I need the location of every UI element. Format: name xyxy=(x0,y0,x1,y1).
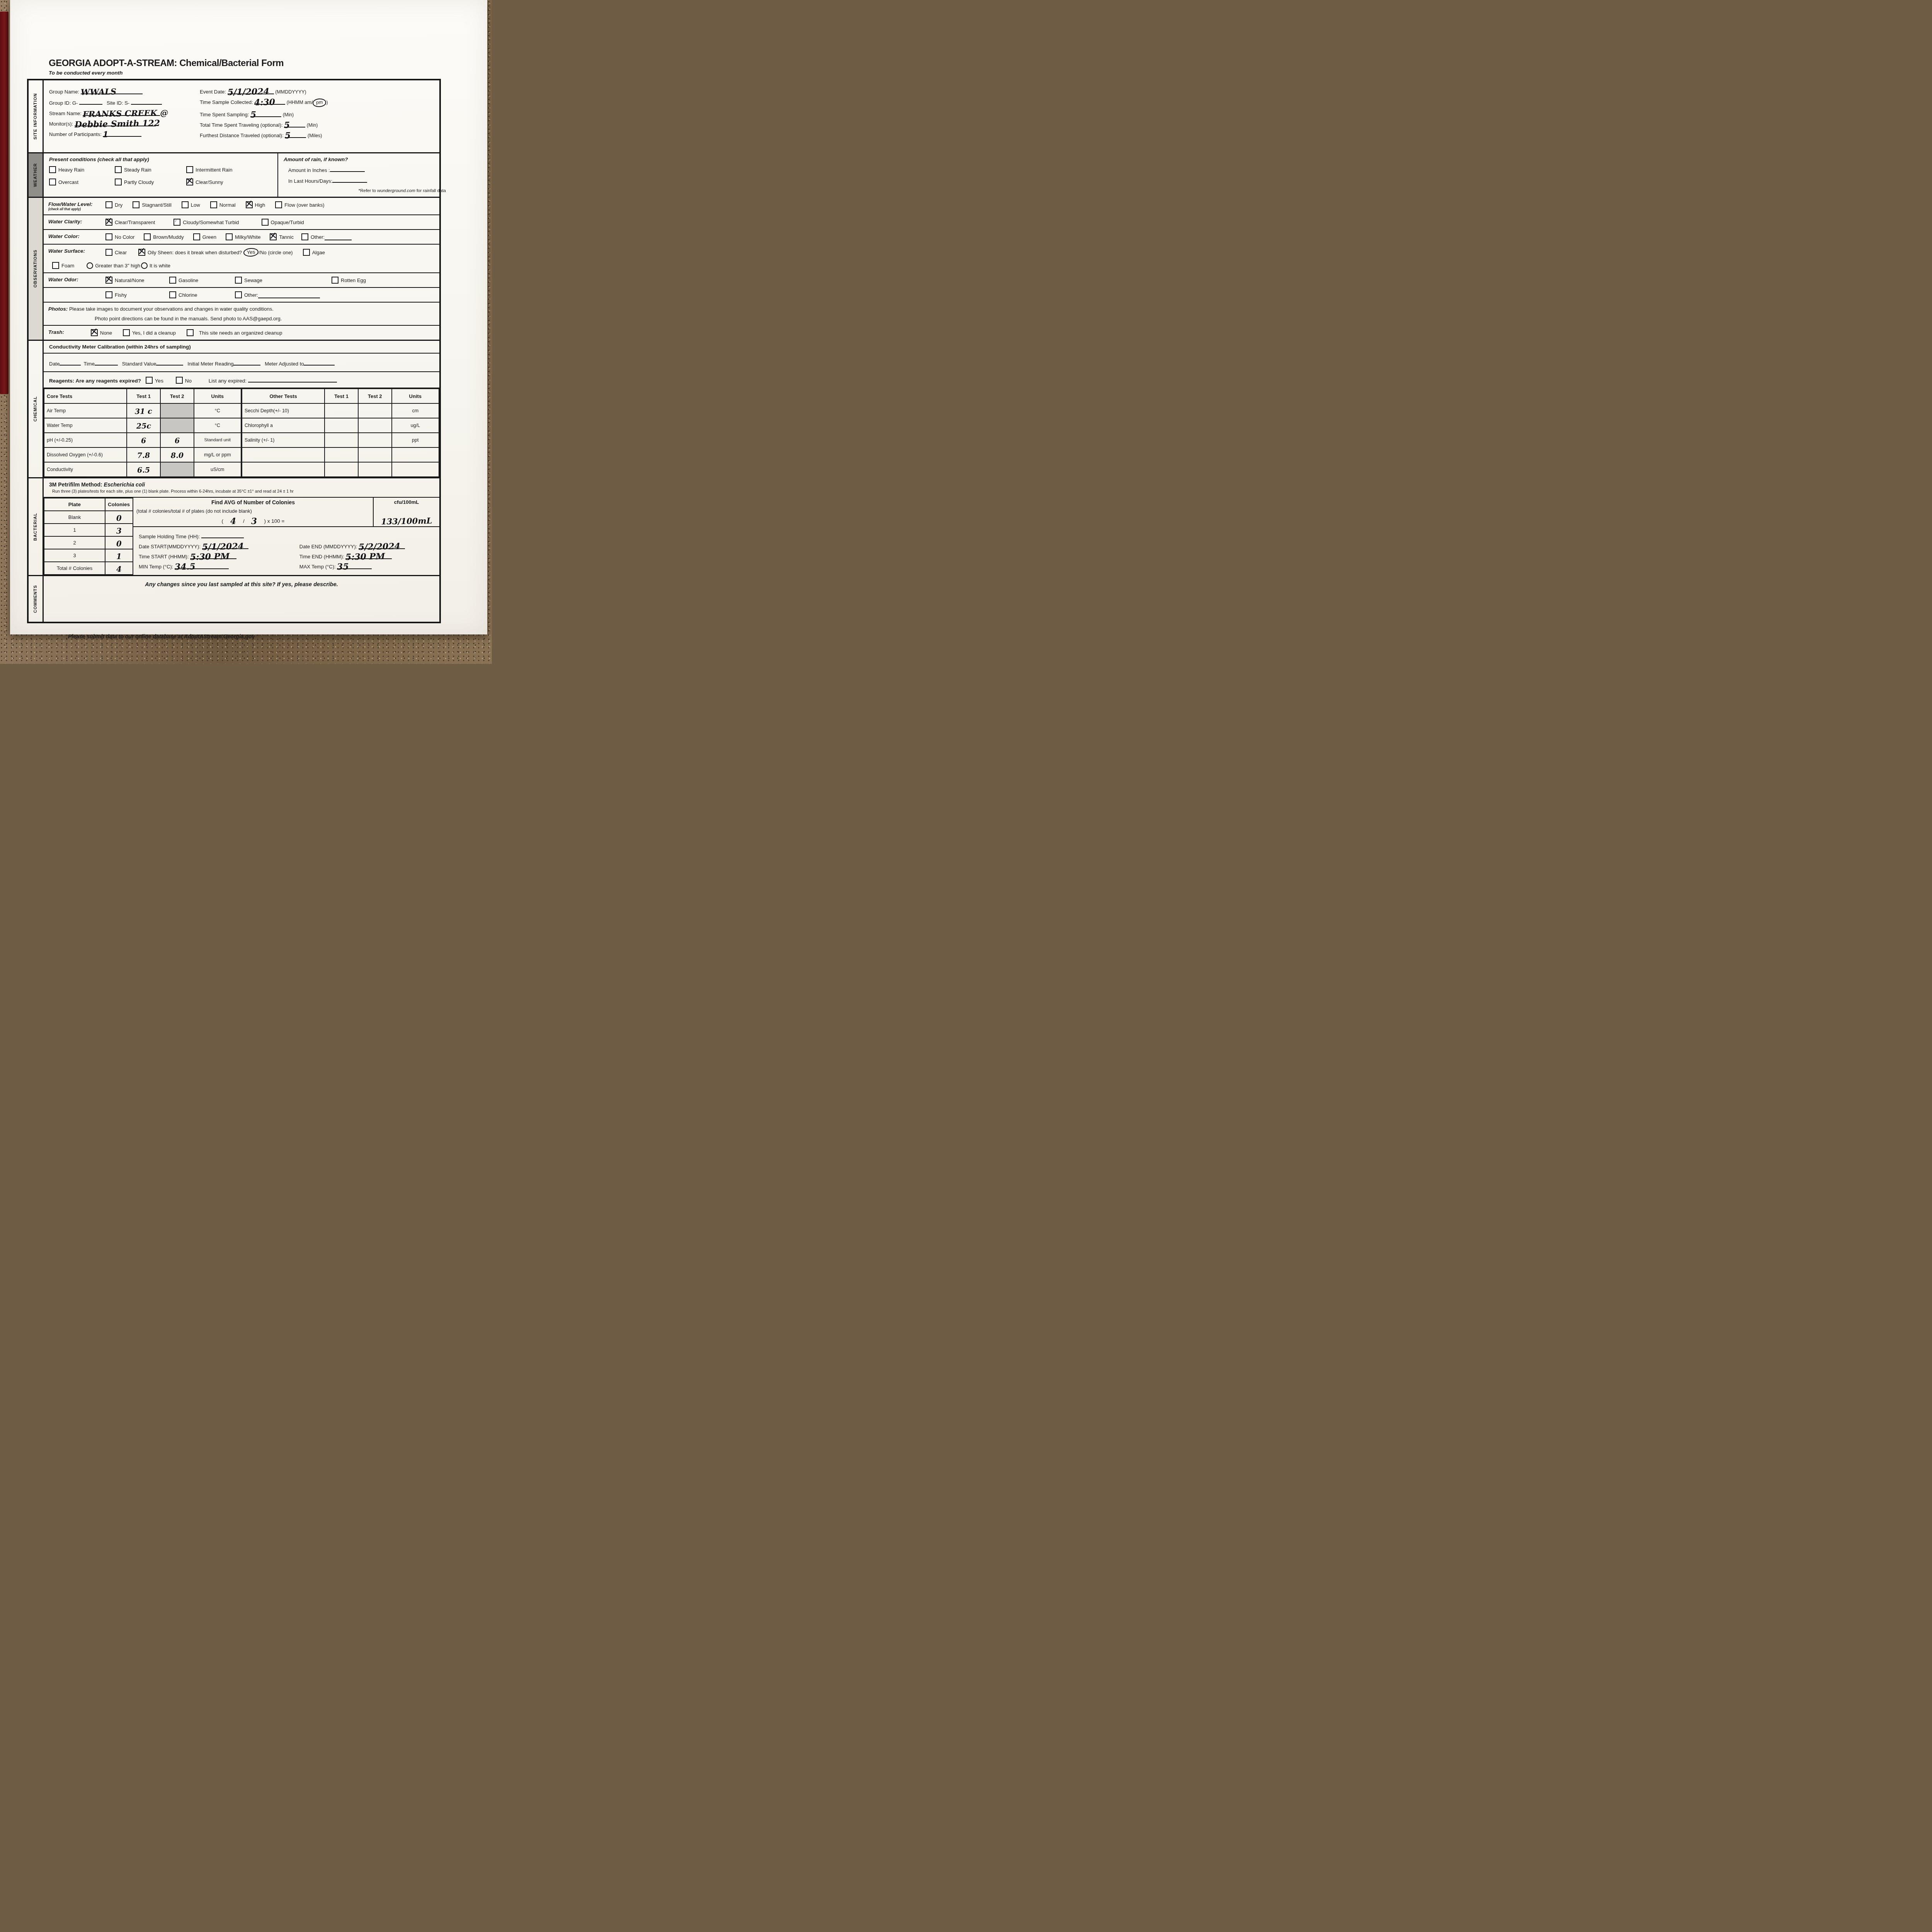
organized-cleanup-checkbox[interactable] xyxy=(187,329,194,336)
reagents-yes-label: Yes xyxy=(155,378,163,384)
foam-greater-option: Greater than 3" high xyxy=(86,262,140,269)
odor-label: Water Odor: xyxy=(48,277,105,282)
surface-row: Water Surface: Clear Oily Sheen: does it… xyxy=(44,244,439,272)
odor-other-checkbox[interactable] xyxy=(235,291,242,298)
table-row: Conductivity 6.5 uS/cm xyxy=(44,462,241,477)
max-temp-row: MAX Temp (°C): 35 xyxy=(299,563,436,570)
avg-formula: ( 4 / 3 ) x 100 = xyxy=(133,515,374,526)
trash-option-cleanup: Yes, I did a cleanup xyxy=(123,329,176,336)
date-end-input[interactable]: 5/2/2024 xyxy=(359,543,405,549)
algae-checkbox[interactable] xyxy=(303,249,310,256)
water-temp-test2 xyxy=(160,418,194,433)
pm-circled: pm xyxy=(312,98,327,107)
did-cleanup-checkbox[interactable] xyxy=(123,329,130,336)
rotten-egg-checkbox[interactable] xyxy=(332,277,338,284)
page-title: GEORGIA ADOPT-A-STREAM: Chemical/Bacteri… xyxy=(49,58,487,69)
binder-edge xyxy=(0,12,9,394)
color-option-other: Other: xyxy=(301,233,352,240)
clarity-option-opaque: Opaque/Turbid xyxy=(262,219,304,226)
green-checkbox[interactable] xyxy=(193,233,200,240)
event-date-format: (MMDDYYYY) xyxy=(275,89,306,95)
normal-checkbox[interactable] xyxy=(210,201,217,208)
trash-row: Trash: None Yes, I did a cleanup This si… xyxy=(44,325,439,340)
odor-option-other: Other: xyxy=(235,291,436,298)
distance-label: Furthest Distance Traveled (optional): xyxy=(200,133,284,138)
color-option-brown: Brown/Muddy xyxy=(144,233,184,240)
time-sampling-unit: (Min) xyxy=(283,112,294,117)
weather-heading: Present conditions (check all that apply… xyxy=(49,156,275,162)
blank-colonies-cell[interactable]: 0 xyxy=(105,511,133,524)
time-sampling-row: Time Spent Sampling: 5 (Min) xyxy=(200,111,435,117)
sewage-checkbox[interactable] xyxy=(235,277,242,284)
travel-unit: (Min) xyxy=(307,122,318,128)
no-color-checkbox[interactable] xyxy=(105,233,112,240)
trash-label: Trash: xyxy=(48,329,91,335)
table-row: Blank 0 xyxy=(44,511,133,524)
table-row: 3 1 xyxy=(44,549,133,562)
table-row: Salinity (+/- 1) ppt xyxy=(242,433,439,447)
stream-name-row: Stream Name: FRANKS CREEK @ xyxy=(49,109,200,116)
odor-option-sewage: Sewage xyxy=(235,277,332,284)
event-date-label: Event Date: xyxy=(200,89,226,95)
air-temp-test2 xyxy=(160,403,194,418)
photos-line1: Please take images to document your obse… xyxy=(69,306,274,312)
time-sampling-value: 5 xyxy=(250,111,257,118)
avg-note: (total # colonies/total # of plates (do … xyxy=(133,507,374,515)
photos-row: Photos: Please take images to document y… xyxy=(44,302,439,325)
last-hours-row: In Last Hours/Days: xyxy=(288,176,446,184)
cloudy-turbid-checkbox[interactable] xyxy=(173,219,180,226)
flow-option-high: High xyxy=(246,201,265,208)
table-row: Water Temp 25c °C xyxy=(44,418,241,433)
weather-option-intermittent-rain: Intermittent Rain xyxy=(186,166,275,173)
section-label-bacterial: BACTERIAL xyxy=(29,478,44,575)
time-collected-value: 4:30 xyxy=(254,99,275,107)
group-id-input[interactable] xyxy=(79,98,102,105)
time-sampling-input[interactable]: 5 xyxy=(250,111,281,117)
group-name-row: Group Name: WWALS xyxy=(49,88,200,95)
over-banks-checkbox[interactable] xyxy=(275,201,282,208)
section-label-site-information: SITE INFORMATION xyxy=(29,80,44,152)
color-option-no-color: No Color xyxy=(105,233,134,240)
group-name-value: WWALS xyxy=(81,88,116,95)
monitors-value: Debbie Smith 122 xyxy=(75,120,160,128)
conductivity-test1[interactable]: 6.5 xyxy=(127,462,160,477)
site-id-input[interactable] xyxy=(131,98,162,105)
surface-option-clear: Clear xyxy=(105,249,127,256)
air-temp-test1[interactable]: 31 c xyxy=(127,403,160,418)
milky-white-checkbox[interactable] xyxy=(226,233,233,240)
rain-heading: Amount of rain, if known? xyxy=(284,156,446,162)
stream-name-value: FRANKS CREEK @ xyxy=(83,110,168,118)
distance-input[interactable]: 5 xyxy=(285,131,306,138)
clarity-label: Water Clarity: xyxy=(48,219,105,224)
distance-unit: (Miles) xyxy=(308,133,322,138)
color-other-input[interactable] xyxy=(325,234,352,240)
chlorine-checkbox[interactable] xyxy=(169,291,176,298)
fishy-checkbox[interactable] xyxy=(105,291,112,298)
amount-inches-row: Amount in Inches : xyxy=(288,165,446,173)
gasoline-checkbox[interactable] xyxy=(169,277,176,284)
plate2-colonies-cell[interactable]: 0 xyxy=(105,536,133,549)
odor-row2: Fishy Chlorine Other: xyxy=(44,287,439,302)
group-name-label: Group Name: xyxy=(49,89,79,95)
flow-label: Flow/Water Level:(check all that apply) xyxy=(48,201,105,211)
salinity-test1[interactable] xyxy=(325,433,358,447)
brown-muddy-checkbox[interactable] xyxy=(144,233,151,240)
high-checkbox[interactable] xyxy=(246,201,253,208)
weather-option-overcast: Overcast xyxy=(49,179,115,185)
time-end-row: Time END (HHMM): 5:30 PM xyxy=(299,553,436,560)
color-option-tannic: Tannic xyxy=(270,233,294,240)
odor-option-gasoline: Gasoline xyxy=(169,277,235,284)
reagents-yes-checkbox[interactable] xyxy=(146,377,153,384)
time-start-row: Time START (HHMM): 5:30 PM xyxy=(139,553,299,560)
trash-none-checkbox[interactable] xyxy=(91,329,98,336)
conductivity-test2 xyxy=(160,462,194,477)
salinity-test2[interactable] xyxy=(358,433,392,447)
odor-option-fishy: Fishy xyxy=(105,291,169,298)
section-label-weather: WEATHER xyxy=(29,153,44,197)
monitors-label: Monitor(s): xyxy=(49,121,73,127)
oily-sheen-checkbox[interactable] xyxy=(138,249,145,256)
event-date-row: Event Date: 5/1/2024 (MMDDYYYY) xyxy=(200,88,435,95)
odor-other-input[interactable] xyxy=(258,292,320,298)
weather-option-partly-cloudy: Partly Cloudy xyxy=(115,179,186,185)
odor-option-rotten-egg: Rotten Egg xyxy=(332,277,436,284)
rainfall-note: *Refer to wunderground.com for rainfall … xyxy=(284,189,446,193)
time-collected-row: Time Sample Collected: 4:30 (HHMM am/pm) xyxy=(200,98,435,107)
travel-row: Total Time Spent Traveling (optional): 5… xyxy=(200,121,435,128)
max-temp-input[interactable]: 35 xyxy=(337,563,372,569)
time-end-input[interactable]: 5:30 PM xyxy=(345,553,392,559)
heavy-rain-checkbox[interactable] xyxy=(49,166,56,173)
flow-option-dry: Dry xyxy=(105,201,122,208)
surface-label: Water Surface: xyxy=(48,248,105,254)
natural-none-checkbox[interactable] xyxy=(105,277,112,284)
reagents-no-label: No xyxy=(185,378,192,384)
partly-cloudy-checkbox[interactable] xyxy=(115,179,122,185)
desk-scene: GEORGIA ADOPT-A-STREAM: Chemical/Bacteri… xyxy=(0,0,492,664)
foam-greater-radio[interactable] xyxy=(87,262,93,269)
total-colonies-cell[interactable]: 4 xyxy=(105,562,133,575)
reagents-no-checkbox[interactable] xyxy=(176,377,183,384)
section-label-chemical: CHEMICAL xyxy=(29,341,44,477)
cal-adjusted-input[interactable] xyxy=(304,359,335,366)
flow-option-stagnant: Stagnant/Still xyxy=(133,201,172,208)
table-row xyxy=(242,447,439,462)
section-site-information: SITE INFORMATION Group Name: WWALS Group… xyxy=(29,80,439,152)
time-start-input[interactable]: 5:30 PM xyxy=(190,553,236,559)
amount-inches-input[interactable] xyxy=(330,165,365,172)
cfu-result: 133/100mL xyxy=(374,515,439,526)
date-start-row: Date START(MMDDYYYY): 5/1/2024 xyxy=(139,543,299,549)
odor-option-natural: Natural/None xyxy=(105,277,169,284)
reagents-list-label: List any expired: xyxy=(209,378,247,384)
group-name-input[interactable]: WWALS xyxy=(81,88,143,94)
tannic-checkbox[interactable] xyxy=(270,233,277,240)
low-checkbox[interactable] xyxy=(182,201,189,208)
reagents-row: Reagents: Are any reagents expired? Yes … xyxy=(44,372,439,388)
ph-test2[interactable]: 6 xyxy=(160,433,194,447)
table-row: 1 3 xyxy=(44,524,133,536)
time-sampling-label: Time Spent Sampling: xyxy=(200,112,249,117)
holding-time-input[interactable] xyxy=(201,532,244,538)
opaque-turbid-checkbox[interactable] xyxy=(262,219,269,226)
clarity-option-clear: Clear/Transparent xyxy=(105,219,155,226)
site-id-label: Site ID: S- xyxy=(107,100,129,106)
color-option-green: Green xyxy=(193,233,216,240)
participants-row: Number of Participants: 1 xyxy=(49,130,200,137)
trash-option-organized: This site needs an organized cleanup xyxy=(187,329,282,336)
do-test2[interactable]: 8.0 xyxy=(160,447,194,462)
plate3-colonies-cell[interactable]: 1 xyxy=(105,549,133,562)
trash-option-none: None xyxy=(91,329,112,336)
section-chemical: CHEMICAL Conductivity Meter Calibration … xyxy=(29,340,439,477)
yes-circled: Yes xyxy=(243,248,259,257)
section-label-observations: OBSERVATIONS xyxy=(29,198,44,340)
petrifilm-instructions: Run three (3) plates/tests for each site… xyxy=(44,488,439,497)
table-row: pH (+/-0.25) 6 6 Standard unit xyxy=(44,433,241,447)
ph-test1[interactable]: 6 xyxy=(127,433,160,447)
distance-value: 5 xyxy=(285,132,291,139)
color-other-checkbox[interactable] xyxy=(301,233,308,240)
stream-name-input[interactable]: FRANKS CREEK @ xyxy=(83,109,160,116)
date-start-input[interactable]: 5/1/2024 xyxy=(202,543,248,549)
reagents-list-input[interactable] xyxy=(248,376,337,383)
foam-checkbox[interactable] xyxy=(52,262,59,269)
date-end-row: Date END (MMDDYYYY): 5/2/2024 xyxy=(299,543,436,549)
weather-option-clear-sunny: Clear/Sunny xyxy=(186,179,275,185)
calibration-heading: Conductivity Meter Calibration (within 2… xyxy=(44,341,439,354)
overcast-checkbox[interactable] xyxy=(49,179,56,185)
surface-clear-checkbox[interactable] xyxy=(105,249,112,256)
participants-label: Number of Participants: xyxy=(49,131,102,137)
plate1-colonies-cell[interactable]: 3 xyxy=(105,524,133,536)
dry-checkbox[interactable] xyxy=(105,201,112,208)
cfu-heading: cfu/100mL xyxy=(374,498,439,507)
flow-option-over-banks: Flow (over banks) xyxy=(275,201,324,208)
foam-line: Foam Greater than 3" high It is white xyxy=(52,262,436,269)
flow-option-normal: Normal xyxy=(210,201,236,208)
section-bacterial: BACTERIAL 3M Petrifilm Method: Escherich… xyxy=(29,477,439,575)
form-paper: GEORGIA ADOPT-A-STREAM: Chemical/Bacteri… xyxy=(10,0,487,634)
page-subtitle: To be conducted every month xyxy=(49,70,487,76)
petrifilm-heading: 3M Petrifilm Method: Escherichia coli xyxy=(44,478,439,488)
group-id-row: Group ID: G- Site ID: S- xyxy=(49,98,200,106)
clear-sunny-checkbox[interactable] xyxy=(186,179,193,185)
participants-value: 1 xyxy=(103,131,109,138)
clarity-row: Water Clarity: Clear/Transparent Cloudy/… xyxy=(44,214,439,229)
event-date-value: 5/1/2024 xyxy=(227,88,269,96)
chlorophyll-test2[interactable] xyxy=(358,418,392,433)
footer-note: Please submit data to our online databas… xyxy=(68,633,487,639)
secchi-test2[interactable] xyxy=(358,403,392,418)
weather-option-heavy-rain: Heavy Rain xyxy=(49,166,115,173)
stream-name-label: Stream Name: xyxy=(49,111,82,116)
group-id-label: Group ID: G- xyxy=(49,100,78,106)
last-hours-input[interactable] xyxy=(332,176,367,183)
surface-option-algae: Algae xyxy=(303,249,325,256)
clear-transparent-checkbox[interactable] xyxy=(105,219,112,226)
intermittent-rain-checkbox[interactable] xyxy=(186,166,193,173)
comments-prompt: Any changes since you last sampled at th… xyxy=(48,582,435,588)
time-collected-format-prefix: (HHMM am/ xyxy=(287,100,313,105)
cal-initial-input[interactable] xyxy=(233,359,260,366)
distance-row: Furthest Distance Traveled (optional): 5… xyxy=(200,131,435,138)
odor-option-chlorine: Chlorine xyxy=(169,291,235,298)
table-row: Chlorophyll a ug/L xyxy=(242,418,439,433)
core-tests-table: Core Tests Test 1 Test 2 Units Air Temp … xyxy=(44,388,241,477)
avg-denominator: 3 xyxy=(251,518,257,525)
surface-option-foam: Foam xyxy=(52,262,74,269)
chlorophyll-test1[interactable] xyxy=(325,418,358,433)
time-collected-input[interactable]: 4:30 xyxy=(254,98,285,105)
foam-white-option: It is white xyxy=(140,262,170,269)
calibration-fields-row: Date Time Standard Value Initial Meter R… xyxy=(44,354,439,372)
section-weather: WEATHER Present conditions (check all th… xyxy=(29,152,439,197)
monitors-input[interactable]: Debbie Smith 122 xyxy=(75,120,156,126)
clarity-option-cloudy: Cloudy/Somewhat Turbid xyxy=(173,219,239,226)
monitors-row: Monitor(s): Debbie Smith 122 xyxy=(49,120,200,127)
avg-numerator: 4 xyxy=(230,518,236,525)
other-tests-table: Other Tests Test 1 Test 2 Units Secchi D… xyxy=(241,388,439,477)
color-row: Water Color: No Color Brown/Muddy Green … xyxy=(44,229,439,244)
travel-label: Total Time Spent Traveling (optional): xyxy=(200,122,283,128)
reagents-label: Reagents: Are any reagents expired? xyxy=(49,378,141,384)
section-observations: OBSERVATIONS Flow/Water Level:(check all… xyxy=(29,197,439,340)
table-row: Air Temp 31 c °C xyxy=(44,403,241,418)
event-date-input[interactable]: 5/1/2024 xyxy=(228,88,274,94)
photos-label: Photos: xyxy=(48,306,68,312)
table-row: 2 0 xyxy=(44,536,133,549)
time-collected-format-suffix: ) xyxy=(327,100,328,105)
participants-input[interactable]: 1 xyxy=(103,130,141,137)
table-row: Total # Colonies 4 xyxy=(44,562,133,575)
stagnant-checkbox[interactable] xyxy=(133,201,139,208)
surface-option-oily: Oily Sheen: does it break when disturbed… xyxy=(138,248,293,257)
plate-table: Plate Colonies Blank 0 1 3 xyxy=(44,498,133,575)
form-box: SITE INFORMATION Group Name: WWALS Group… xyxy=(27,79,441,623)
do-test1[interactable]: 7.8 xyxy=(127,447,160,462)
weather-option-steady-rain: Steady Rain xyxy=(115,166,186,173)
holding-time-row: Sample Holding Time (HH): xyxy=(139,532,436,539)
travel-value: 5 xyxy=(284,122,290,129)
foam-white-radio[interactable] xyxy=(141,262,148,269)
cal-date-input[interactable] xyxy=(60,359,81,366)
min-temp-row: MIN Temp (°C): 34.5 xyxy=(139,563,299,570)
flow-option-low: Low xyxy=(182,201,200,208)
table-row: Dissolved Oxygen (+/-0.6) 7.8 8.0 mg/L o… xyxy=(44,447,241,462)
time-collected-label: Time Sample Collected: xyxy=(200,99,253,105)
photos-line2: Photo point directions can be found in t… xyxy=(95,316,436,321)
cal-standard-input[interactable] xyxy=(156,359,183,366)
water-temp-test1[interactable]: 25c xyxy=(127,418,160,433)
color-option-milky: Milky/White xyxy=(226,233,260,240)
color-label: Water Color: xyxy=(48,233,105,239)
flow-row: Flow/Water Level:(check all that apply) … xyxy=(44,198,439,214)
section-comments: COMMENTS Any changes since you last samp… xyxy=(29,575,439,622)
avg-heading: Find AVG of Number of Colonies xyxy=(133,498,374,507)
steady-rain-checkbox[interactable] xyxy=(115,166,122,173)
cal-time-input[interactable] xyxy=(95,359,118,366)
min-temp-input[interactable]: 34.5 xyxy=(175,563,229,569)
secchi-test1[interactable] xyxy=(325,403,358,418)
travel-input[interactable]: 5 xyxy=(284,121,305,128)
section-label-comments: COMMENTS xyxy=(29,576,44,622)
table-row xyxy=(242,462,439,477)
table-row: Secchi Depth(+/- 10) cm xyxy=(242,403,439,418)
odor-row1: Water Odor: Natural/None Gasoline Sewage… xyxy=(44,272,439,287)
